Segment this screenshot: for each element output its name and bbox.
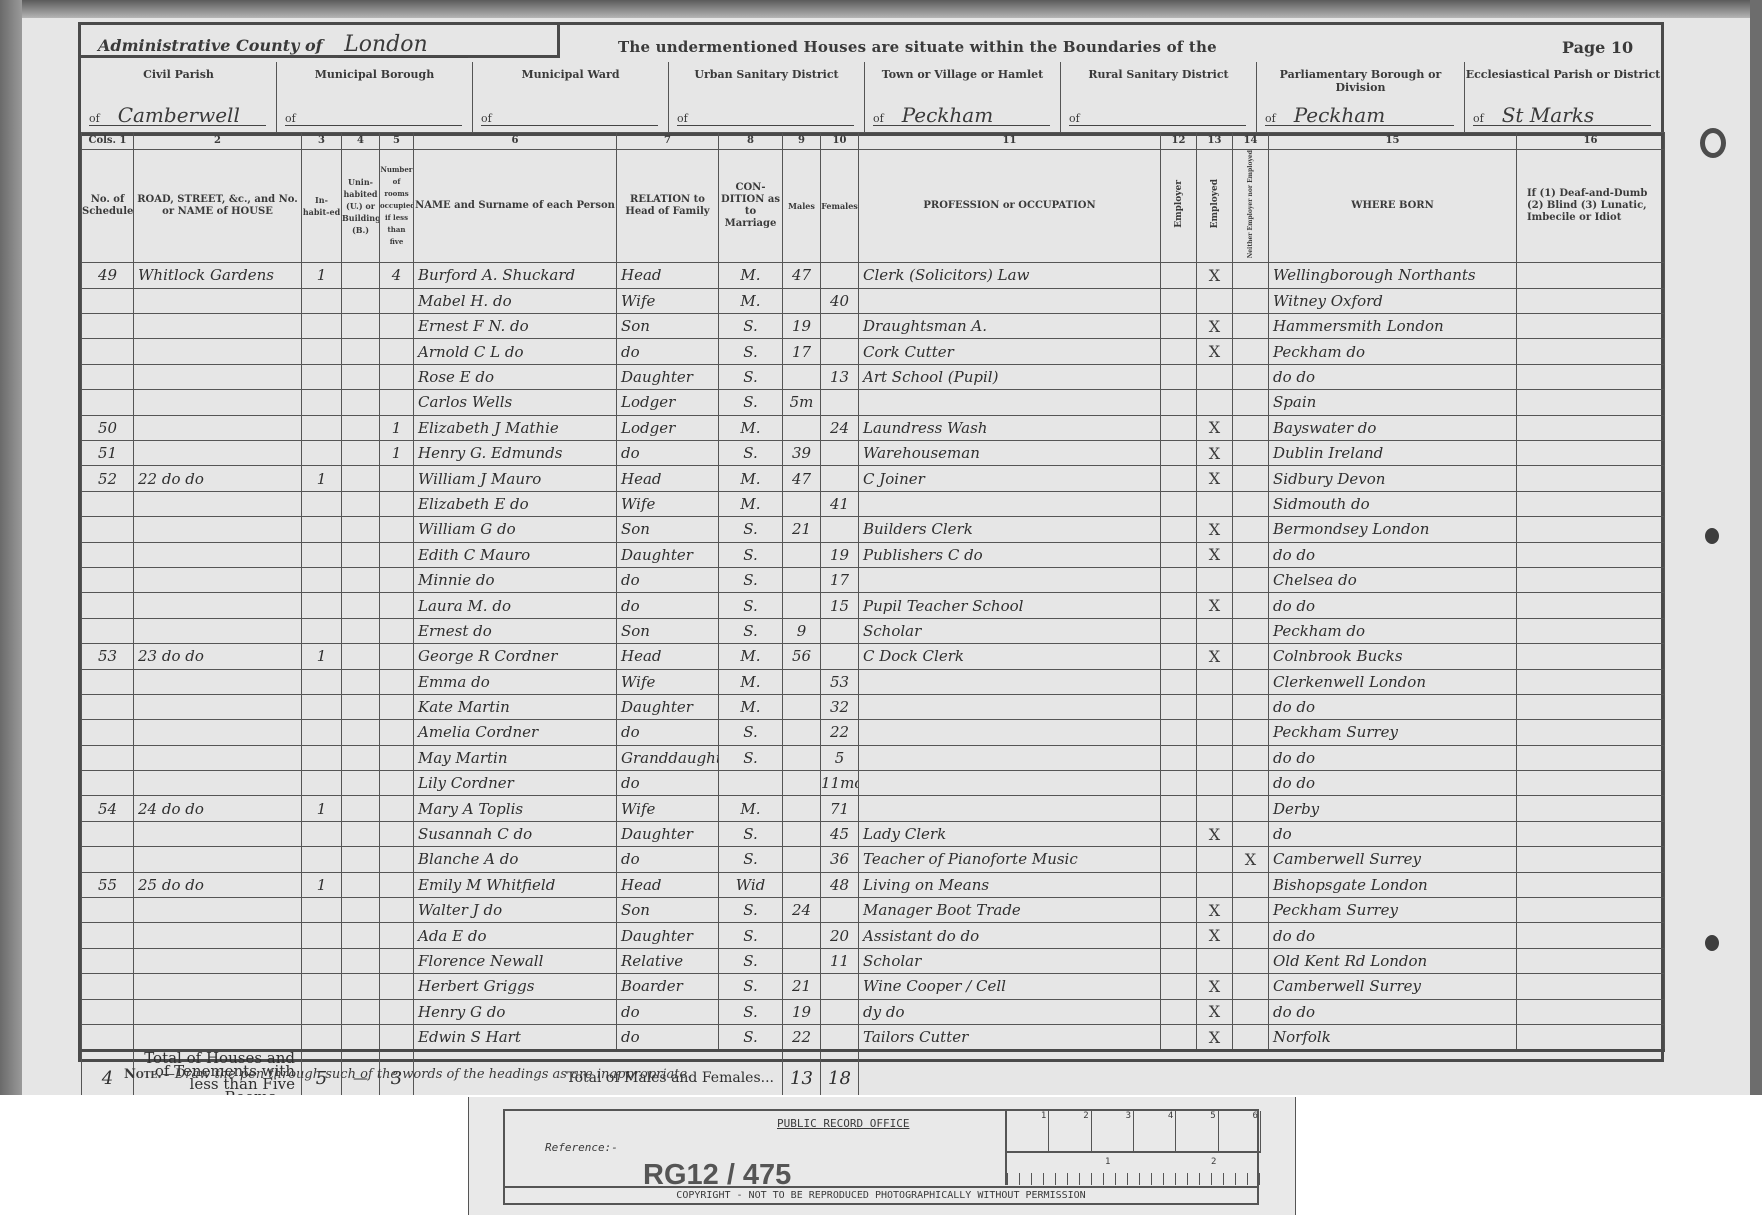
occupation-cell: Cork Cutter bbox=[859, 339, 1161, 364]
employed-cell: X bbox=[1197, 974, 1233, 999]
table-row: 5525 do do1Emily M WhitfieldHeadWid48Liv… bbox=[82, 872, 1665, 897]
schedule-no: 50 bbox=[82, 415, 134, 440]
uninhabited-cell bbox=[342, 872, 380, 897]
condition-cell: S. bbox=[719, 390, 783, 415]
uninhabited-cell bbox=[342, 821, 380, 846]
employed-cell: X bbox=[1197, 999, 1233, 1024]
inhabited-cell bbox=[302, 364, 342, 389]
employed-cell: X bbox=[1197, 923, 1233, 948]
person-name: Ernest do bbox=[414, 618, 617, 643]
road-address bbox=[134, 847, 302, 872]
employed-cell bbox=[1197, 771, 1233, 796]
condition-cell: S. bbox=[719, 593, 783, 618]
neither-cell bbox=[1233, 339, 1269, 364]
age-female bbox=[821, 1024, 859, 1050]
admin-county-value: London bbox=[338, 32, 468, 58]
employer-cell bbox=[1161, 771, 1197, 796]
rooms-cell bbox=[380, 466, 414, 491]
age-male bbox=[783, 745, 821, 770]
inhabited-cell bbox=[302, 1024, 342, 1050]
neither-cell bbox=[1233, 364, 1269, 389]
employer-cell bbox=[1161, 694, 1197, 719]
occupation-cell: Scholar bbox=[859, 948, 1161, 973]
inhabited-cell bbox=[302, 491, 342, 516]
birthplace-cell: do do bbox=[1269, 694, 1517, 719]
employed-cell: X bbox=[1197, 898, 1233, 923]
inhabited-cell bbox=[302, 745, 342, 770]
age-female bbox=[821, 999, 859, 1024]
rooms-cell bbox=[380, 567, 414, 592]
birthplace-cell: Dublin Ireland bbox=[1269, 440, 1517, 465]
employed-cell bbox=[1197, 847, 1233, 872]
road-address bbox=[134, 390, 302, 415]
uninhabited-cell bbox=[342, 745, 380, 770]
age-female bbox=[821, 263, 859, 288]
relation-cell: do bbox=[617, 593, 719, 618]
road-address bbox=[134, 923, 302, 948]
relation-cell: do bbox=[617, 999, 719, 1024]
employed-cell bbox=[1197, 288, 1233, 313]
rooms-cell bbox=[380, 593, 414, 618]
road-address bbox=[134, 517, 302, 542]
table-row: Kate MartinDaughterM.32do do bbox=[82, 694, 1665, 719]
employer-cell bbox=[1161, 847, 1197, 872]
age-male bbox=[783, 694, 821, 719]
relation-cell: Wife bbox=[617, 796, 719, 821]
age-male bbox=[783, 364, 821, 389]
neither-cell bbox=[1233, 593, 1269, 618]
uninhabited-cell bbox=[342, 974, 380, 999]
table-row: Amelia CordnerdoS.22Peckham Surrey bbox=[82, 720, 1665, 745]
age-female: 17 bbox=[821, 567, 859, 592]
district-municipal-borough: Municipal Borough of bbox=[277, 62, 473, 132]
employed-cell bbox=[1197, 745, 1233, 770]
column-header-row: No. of Schedule ROAD, STREET, &c., and N… bbox=[82, 150, 1665, 263]
employer-cell bbox=[1161, 923, 1197, 948]
age-female bbox=[821, 974, 859, 999]
occupation-cell bbox=[859, 491, 1161, 516]
birthplace-cell: Camberwell Surrey bbox=[1269, 847, 1517, 872]
inhabited-cell bbox=[302, 847, 342, 872]
schedule-no: 52 bbox=[82, 466, 134, 491]
infirmity-cell bbox=[1517, 491, 1665, 516]
neither-cell bbox=[1233, 440, 1269, 465]
employer-cell bbox=[1161, 288, 1197, 313]
public-record-office-card: PUBLIC RECORD OFFICE Reference:- RG12 / … bbox=[468, 1097, 1296, 1215]
person-name: Minnie do bbox=[414, 567, 617, 592]
header-uninhabited: Unin-habited (U.) or Building (B.) bbox=[342, 150, 380, 263]
age-female bbox=[821, 314, 859, 339]
rooms-cell bbox=[380, 745, 414, 770]
inhabited-cell bbox=[302, 720, 342, 745]
condition-cell: S. bbox=[719, 821, 783, 846]
rooms-cell bbox=[380, 923, 414, 948]
person-name: Mary A Toplis bbox=[414, 796, 617, 821]
neither-cell bbox=[1233, 415, 1269, 440]
birthplace-cell: Spain bbox=[1269, 390, 1517, 415]
infirmity-cell bbox=[1517, 542, 1665, 567]
employed-cell bbox=[1197, 669, 1233, 694]
age-male bbox=[783, 593, 821, 618]
rooms-cell bbox=[380, 1024, 414, 1050]
birthplace-cell: do bbox=[1269, 821, 1517, 846]
occupation-cell bbox=[859, 796, 1161, 821]
neither-cell bbox=[1233, 669, 1269, 694]
road-address bbox=[134, 339, 302, 364]
inhabited-cell bbox=[302, 771, 342, 796]
ink-blot-icon bbox=[1700, 128, 1726, 158]
punch-hole-icon bbox=[1705, 935, 1719, 951]
relation-cell: Head bbox=[617, 872, 719, 897]
relation-cell: Son bbox=[617, 898, 719, 923]
age-female: 13 bbox=[821, 364, 859, 389]
person-name: Blanche A do bbox=[414, 847, 617, 872]
age-male: 39 bbox=[783, 440, 821, 465]
road-address bbox=[134, 898, 302, 923]
occupation-cell: Art School (Pupil) bbox=[859, 364, 1161, 389]
person-name: Edwin S Hart bbox=[414, 1024, 617, 1050]
employer-cell bbox=[1161, 263, 1197, 288]
inhabited-cell bbox=[302, 618, 342, 643]
census-body: 49Whitlock Gardens14Burford A. ShuckardH… bbox=[82, 263, 1665, 1051]
table-row: Henry G dodoS.19dy doXdo do bbox=[82, 999, 1665, 1024]
condition-cell: S. bbox=[719, 847, 783, 872]
person-name: George R Cordner bbox=[414, 644, 617, 669]
birthplace-cell: Sidbury Devon bbox=[1269, 466, 1517, 491]
inhabited-cell bbox=[302, 339, 342, 364]
neither-cell bbox=[1233, 618, 1269, 643]
table-row: 5323 do do1George R CordnerHeadM.56C Doc… bbox=[82, 644, 1665, 669]
header-neither: Neither Employer nor Employed bbox=[1233, 150, 1269, 263]
employer-cell bbox=[1161, 542, 1197, 567]
relation-cell: Daughter bbox=[617, 923, 719, 948]
person-name: Susannah C do bbox=[414, 821, 617, 846]
age-female: 20 bbox=[821, 923, 859, 948]
condition-cell: S. bbox=[719, 618, 783, 643]
header-employed: Employed bbox=[1197, 150, 1233, 263]
birthplace-cell: Wellingborough Northants bbox=[1269, 263, 1517, 288]
rooms-cell bbox=[380, 288, 414, 313]
employer-cell bbox=[1161, 974, 1197, 999]
district-parliamentary: Parliamentary Borough or Division ofPeck… bbox=[1257, 62, 1465, 132]
relation-cell: Daughter bbox=[617, 694, 719, 719]
column-number-row: Cols. 12345 678910 111213141516 bbox=[82, 133, 1665, 150]
age-female: 71 bbox=[821, 796, 859, 821]
rooms-cell: 4 bbox=[380, 263, 414, 288]
condition-cell: S. bbox=[719, 974, 783, 999]
birthplace-cell: Bermondsey London bbox=[1269, 517, 1517, 542]
birthplace-cell: do do bbox=[1269, 923, 1517, 948]
employer-cell bbox=[1161, 669, 1197, 694]
age-female bbox=[821, 517, 859, 542]
neither-cell bbox=[1233, 720, 1269, 745]
district-civil-parish: Civil Parish ofCamberwell bbox=[81, 62, 277, 132]
occupation-cell: Teacher of Pianoforte Music bbox=[859, 847, 1161, 872]
relation-cell: Son bbox=[617, 314, 719, 339]
uninhabited-cell bbox=[342, 314, 380, 339]
employed-cell: X bbox=[1197, 542, 1233, 567]
uninhabited-cell bbox=[342, 771, 380, 796]
uninhabited-cell bbox=[342, 390, 380, 415]
infirmity-cell bbox=[1517, 847, 1665, 872]
inhabited-cell: 1 bbox=[302, 644, 342, 669]
condition-cell: M. bbox=[719, 263, 783, 288]
condition-cell: M. bbox=[719, 644, 783, 669]
condition-cell: M. bbox=[719, 669, 783, 694]
infirmity-cell bbox=[1517, 898, 1665, 923]
road-address bbox=[134, 669, 302, 694]
age-male: 47 bbox=[783, 466, 821, 491]
table-row: Laura M. dodoS.15Pupil Teacher SchoolXdo… bbox=[82, 593, 1665, 618]
schedule-no bbox=[82, 720, 134, 745]
rooms-cell: 1 bbox=[380, 440, 414, 465]
schedule-no bbox=[82, 517, 134, 542]
table-row: 501Elizabeth J MathieLodgerM.24Laundress… bbox=[82, 415, 1665, 440]
relation-cell: do bbox=[617, 339, 719, 364]
uninhabited-cell bbox=[342, 923, 380, 948]
uninhabited-cell bbox=[342, 517, 380, 542]
road-address bbox=[134, 415, 302, 440]
age-male bbox=[783, 796, 821, 821]
header-rooms: Number of rooms occupied if less than fi… bbox=[380, 150, 414, 263]
condition-cell: S. bbox=[719, 948, 783, 973]
age-female: 15 bbox=[821, 593, 859, 618]
inhabited-cell bbox=[302, 314, 342, 339]
age-female: 11 bbox=[821, 948, 859, 973]
person-name: Burford A. Shuckard bbox=[414, 263, 617, 288]
schedule-no bbox=[82, 669, 134, 694]
header-schedule: No. of Schedule bbox=[82, 150, 134, 263]
birthplace-cell: Witney Oxford bbox=[1269, 288, 1517, 313]
occupation-cell: C Dock Clerk bbox=[859, 644, 1161, 669]
infirmity-cell bbox=[1517, 288, 1665, 313]
employer-cell bbox=[1161, 390, 1197, 415]
employer-cell bbox=[1161, 618, 1197, 643]
road-address bbox=[134, 694, 302, 719]
age-male bbox=[783, 872, 821, 897]
employed-cell: X bbox=[1197, 415, 1233, 440]
uninhabited-cell bbox=[342, 288, 380, 313]
person-name: William G do bbox=[414, 517, 617, 542]
road-address bbox=[134, 491, 302, 516]
employed-cell: X bbox=[1197, 339, 1233, 364]
employer-cell bbox=[1161, 821, 1197, 846]
neither-cell bbox=[1233, 974, 1269, 999]
condition-cell: S. bbox=[719, 745, 783, 770]
district-row: Civil Parish ofCamberwell Municipal Boro… bbox=[81, 62, 1661, 136]
neither-cell bbox=[1233, 771, 1269, 796]
person-name: Florence Newall bbox=[414, 948, 617, 973]
scan-edge-top bbox=[0, 0, 1762, 18]
relation-cell: Daughter bbox=[617, 821, 719, 846]
table-row: Walter J doSonS.24Manager Boot TradeXPec… bbox=[82, 898, 1665, 923]
schedule-no bbox=[82, 948, 134, 973]
infirmity-cell bbox=[1517, 796, 1665, 821]
condition-cell: Wid bbox=[719, 872, 783, 897]
neither-cell bbox=[1233, 694, 1269, 719]
schedule-no bbox=[82, 821, 134, 846]
employed-cell: X bbox=[1197, 593, 1233, 618]
table-row: William G doSonS.21Builders ClerkXBermon… bbox=[82, 517, 1665, 542]
infirmity-cell bbox=[1517, 948, 1665, 973]
table-row: May MartinGranddaughterS.5do do bbox=[82, 745, 1665, 770]
infirmity-cell bbox=[1517, 314, 1665, 339]
scan-edge-left bbox=[0, 0, 22, 1095]
road-address bbox=[134, 364, 302, 389]
relation-cell: Head bbox=[617, 466, 719, 491]
copyright-notice: COPYRIGHT - NOT TO BE REPRODUCED PHOTOGR… bbox=[505, 1186, 1257, 1201]
relation-cell: Head bbox=[617, 263, 719, 288]
occupation-cell: Lady Clerk bbox=[859, 821, 1161, 846]
boundaries-heading: The undermentioned Houses are situate wi… bbox=[618, 38, 1217, 56]
occupation-cell bbox=[859, 745, 1161, 770]
age-male bbox=[783, 669, 821, 694]
birthplace-cell: Clerkenwell London bbox=[1269, 669, 1517, 694]
occupation-cell: Pupil Teacher School bbox=[859, 593, 1161, 618]
employed-cell bbox=[1197, 567, 1233, 592]
birthplace-cell: Peckham do bbox=[1269, 618, 1517, 643]
person-name: Carlos Wells bbox=[414, 390, 617, 415]
table-row: Ada E doDaughterS.20Assistant do doXdo d… bbox=[82, 923, 1665, 948]
age-male: 19 bbox=[783, 314, 821, 339]
employed-cell bbox=[1197, 694, 1233, 719]
age-male: 22 bbox=[783, 1024, 821, 1050]
infirmity-cell bbox=[1517, 745, 1665, 770]
schedule-no bbox=[82, 694, 134, 719]
district-urban-sanitary: Urban Sanitary District of bbox=[669, 62, 865, 132]
infirmity-cell bbox=[1517, 390, 1665, 415]
occupation-cell: Tailors Cutter bbox=[859, 1024, 1161, 1050]
employer-cell bbox=[1161, 898, 1197, 923]
road-address bbox=[134, 821, 302, 846]
road-address bbox=[134, 771, 302, 796]
schedule-no bbox=[82, 923, 134, 948]
infirmity-cell bbox=[1517, 567, 1665, 592]
schedule-no bbox=[82, 999, 134, 1024]
employer-cell bbox=[1161, 872, 1197, 897]
condition-cell: S. bbox=[719, 999, 783, 1024]
schedule-no: 51 bbox=[82, 440, 134, 465]
occupation-cell: Builders Clerk bbox=[859, 517, 1161, 542]
person-name: May Martin bbox=[414, 745, 617, 770]
schedule-no bbox=[82, 593, 134, 618]
age-female bbox=[821, 440, 859, 465]
header-road: ROAD, STREET, &c., and No. or NAME of HO… bbox=[134, 150, 302, 263]
birthplace-cell: Peckham do bbox=[1269, 339, 1517, 364]
rooms-cell bbox=[380, 694, 414, 719]
road-address bbox=[134, 1024, 302, 1050]
employer-cell bbox=[1161, 314, 1197, 339]
age-male bbox=[783, 542, 821, 567]
neither-cell bbox=[1233, 263, 1269, 288]
condition-cell: M. bbox=[719, 796, 783, 821]
header-inhabited: In-habit-ed bbox=[302, 150, 342, 263]
schedule-no bbox=[82, 390, 134, 415]
uninhabited-cell bbox=[342, 339, 380, 364]
relation-cell: Lodger bbox=[617, 415, 719, 440]
occupation-cell: Draughtsman A. bbox=[859, 314, 1161, 339]
infirmity-cell bbox=[1517, 415, 1665, 440]
person-name: Amelia Cordner bbox=[414, 720, 617, 745]
schedule-no bbox=[82, 618, 134, 643]
person-name: Walter J do bbox=[414, 898, 617, 923]
uninhabited-cell bbox=[342, 542, 380, 567]
census-table: Cols. 12345 678910 111213141516 No. of S… bbox=[81, 132, 1665, 1105]
infirmity-cell bbox=[1517, 923, 1665, 948]
person-name: Kate Martin bbox=[414, 694, 617, 719]
employer-cell bbox=[1161, 1024, 1197, 1050]
employed-cell: X bbox=[1197, 263, 1233, 288]
age-female: 32 bbox=[821, 694, 859, 719]
neither-cell bbox=[1233, 466, 1269, 491]
age-female: 24 bbox=[821, 415, 859, 440]
inhabited-cell bbox=[302, 593, 342, 618]
relation-cell: Wife bbox=[617, 288, 719, 313]
inhabited-cell: 1 bbox=[302, 263, 342, 288]
age-female bbox=[821, 618, 859, 643]
header-occupation: PROFESSION or OCCUPATION bbox=[859, 150, 1161, 263]
occupation-cell: Warehouseman bbox=[859, 440, 1161, 465]
footnote: Note.—Draw the pen through such of the w… bbox=[124, 1067, 691, 1082]
birthplace-cell: Peckham Surrey bbox=[1269, 898, 1517, 923]
birthplace-cell: do do bbox=[1269, 364, 1517, 389]
neither-cell bbox=[1233, 644, 1269, 669]
schedule-no bbox=[82, 567, 134, 592]
inhabited-cell bbox=[302, 694, 342, 719]
age-female: 5 bbox=[821, 745, 859, 770]
person-name: Lily Cordner bbox=[414, 771, 617, 796]
person-name: Henry G do bbox=[414, 999, 617, 1024]
uninhabited-cell bbox=[342, 466, 380, 491]
reference-label: Reference:- bbox=[545, 1141, 618, 1154]
inhabited-cell bbox=[302, 288, 342, 313]
uninhabited-cell bbox=[342, 669, 380, 694]
table-row: Carlos WellsLodgerS.5mSpain bbox=[82, 390, 1665, 415]
uninhabited-cell bbox=[342, 364, 380, 389]
age-male bbox=[783, 948, 821, 973]
road-address bbox=[134, 745, 302, 770]
condition-cell bbox=[719, 771, 783, 796]
road-address bbox=[134, 542, 302, 567]
road-address: 23 do do bbox=[134, 644, 302, 669]
employed-cell bbox=[1197, 390, 1233, 415]
table-row: Lily Cordnerdo11modo do bbox=[82, 771, 1665, 796]
page-number: Page 10 bbox=[1562, 38, 1633, 57]
neither-cell bbox=[1233, 491, 1269, 516]
header-condition: CON-DITION as to Marriage bbox=[719, 150, 783, 263]
road-address bbox=[134, 999, 302, 1024]
age-male: 21 bbox=[783, 517, 821, 542]
neither-cell bbox=[1233, 796, 1269, 821]
condition-cell: S. bbox=[719, 542, 783, 567]
occupation-cell bbox=[859, 771, 1161, 796]
rooms-cell bbox=[380, 872, 414, 897]
uninhabited-cell bbox=[342, 1024, 380, 1050]
infirmity-cell bbox=[1517, 593, 1665, 618]
table-row: Herbert GriggsBoarderS.21Wine Cooper / C… bbox=[82, 974, 1665, 999]
occupation-cell bbox=[859, 720, 1161, 745]
uninhabited-cell bbox=[342, 440, 380, 465]
measurement-scale: 123 456 1 2 bbox=[1005, 1111, 1261, 1185]
age-female bbox=[821, 898, 859, 923]
neither-cell bbox=[1233, 872, 1269, 897]
neither-cell bbox=[1233, 745, 1269, 770]
road-address: 25 do do bbox=[134, 872, 302, 897]
rooms-cell bbox=[380, 339, 414, 364]
employer-cell bbox=[1161, 745, 1197, 770]
rooms-cell bbox=[380, 771, 414, 796]
inhabited-cell bbox=[302, 542, 342, 567]
